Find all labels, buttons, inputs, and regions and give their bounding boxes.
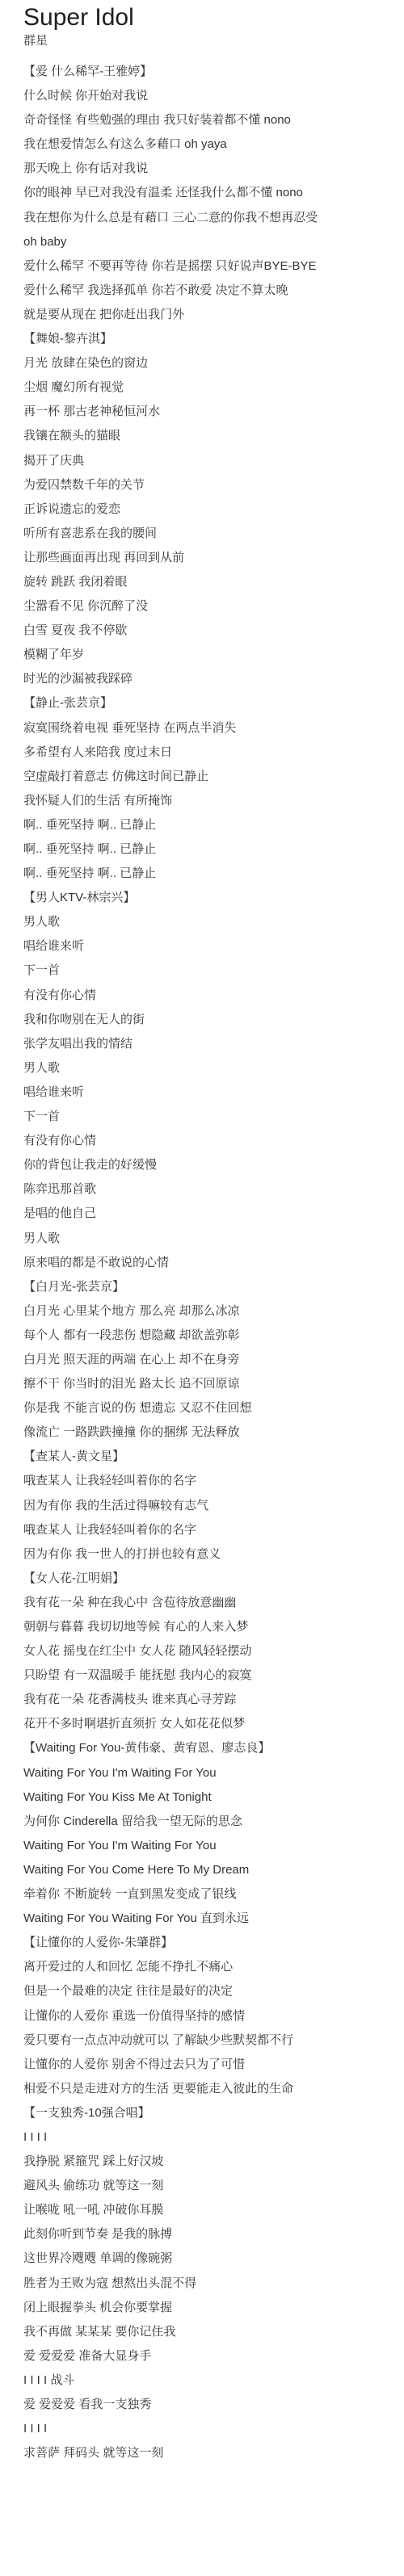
lyric-line: 白月光 照天涯的两端 在心上 却不在身旁 bbox=[23, 1348, 404, 1372]
lyric-line: 这世界冷飕飕 单调的像碗粥 bbox=[23, 2247, 404, 2271]
lyric-line: Waiting For You Kiss Me At Tonight bbox=[23, 1785, 404, 1810]
lyric-line: 正诉说遗忘的爱恋 bbox=[23, 497, 404, 522]
lyric-line: 男人歌 bbox=[23, 1056, 404, 1080]
lyric-line: 哦查某人 让我轻轻叫着你的名字 bbox=[23, 1518, 404, 1542]
lyric-line: 奇奇怪怪 有些勉强的理由 我只好装着都不懂 nono bbox=[23, 108, 404, 132]
lyric-line: 啊.. 垂死坚持 啊.. 已静止 bbox=[23, 837, 404, 862]
lyric-line: I I I I bbox=[23, 2417, 404, 2441]
lyric-line: 相爱不只是走进对方的生活 更要能走入彼此的生命 bbox=[23, 2077, 404, 2101]
lyric-line: 让那些画面再出现 再回到从前 bbox=[23, 546, 404, 570]
lyric-line: 女人花 摇曳在红尘中 女人花 随风轻轻摆动 bbox=[23, 1639, 404, 1663]
lyric-line: Waiting For You Waiting For You 直到永远 bbox=[23, 1907, 404, 1931]
lyric-line: 我怀疑人们的生活 有所掩饰 bbox=[23, 789, 404, 813]
lyric-line: 空虚敲打着意志 仿佛这时间已静止 bbox=[23, 765, 404, 789]
lyric-line: 但是一个最难的决定 往往是最好的决定 bbox=[23, 1979, 404, 2003]
lyric-line: 我在想爱情怎么有这么多藉口 oh yaya bbox=[23, 132, 404, 157]
lyric-line: 哦查某人 让我轻轻叫着你的名字 bbox=[23, 1469, 404, 1493]
lyric-line: 什么时候 你开始对我说 bbox=[23, 84, 404, 108]
lyric-line: 男人歌 bbox=[23, 1227, 404, 1251]
lyric-line: 听所有喜悲系在我的腰间 bbox=[23, 522, 404, 546]
song-title: Super Idol bbox=[23, 2, 404, 32]
lyric-line: 就是要从现在 把你赶出我门外 bbox=[23, 303, 404, 327]
lyric-line: 你的背包让我走的好缓慢 bbox=[23, 1153, 404, 1177]
lyric-line: 我有花一朵 种在我心中 含苞待放意幽幽 bbox=[23, 1591, 404, 1615]
lyric-line: 啊.. 垂死坚持 啊.. 已静止 bbox=[23, 862, 404, 886]
song-section-header: 【查某人-黄文星】 bbox=[23, 1445, 404, 1469]
lyric-line: 闭上眼握拳头 机会你要掌握 bbox=[23, 2296, 404, 2320]
song-section-header: 【一支独秀-10强合唱】 bbox=[23, 2101, 404, 2125]
lyrics-page: Super Idol 群星 【爱 什么稀罕-王雅婷】什么时候 你开始对我说奇奇怪… bbox=[0, 0, 404, 2465]
lyric-line: 爱只要有一点点冲动就可以 了解缺少些默契都不行 bbox=[23, 2028, 404, 2053]
lyric-line: 我镶在额头的猫眼 bbox=[23, 424, 404, 448]
lyric-line: 求菩萨 拜码头 就等这一刻 bbox=[23, 2441, 404, 2465]
lyric-line: Waiting For You I'm Waiting For You bbox=[23, 1761, 404, 1785]
lyric-line: 我在想你为什么总是有藉口 三心二意的你我不想再忍受 bbox=[23, 206, 404, 230]
lyric-line: 离开爱过的人和回忆 怎能不挣扎不痛心 bbox=[23, 1955, 404, 1979]
lyric-line: 你是我 不能言说的伤 想遗忘 又忍不住回想 bbox=[23, 1396, 404, 1420]
lyric-line: 寂寞围绕着电视 垂死坚持 在两点半消失 bbox=[23, 716, 404, 740]
lyric-line: 爱什么稀罕 不要再等待 你若是摇摆 只好说声BYE-BYE bbox=[23, 254, 404, 279]
lyric-line: 为何你 Cinderella 留给我一望无际的思念 bbox=[23, 1810, 404, 1834]
lyric-line: 擦不干 你当时的泪光 路太长 追不回原谅 bbox=[23, 1372, 404, 1396]
lyric-line: 朝朝与暮暮 我切切地等候 有心的人来入梦 bbox=[23, 1615, 404, 1639]
lyric-line: 旋转 跳跃 我闭着眼 bbox=[23, 570, 404, 594]
lyric-line: Waiting For You I'm Waiting For You bbox=[23, 1834, 404, 1858]
lyric-line: I I I I 战斗 bbox=[23, 2368, 404, 2393]
lyric-line: 揭开了庆典 bbox=[23, 449, 404, 473]
lyric-line: 有没有你心情 bbox=[23, 984, 404, 1008]
lyric-line: 男人歌 bbox=[23, 910, 404, 934]
lyric-line: 张学友唱出我的情结 bbox=[23, 1032, 404, 1056]
song-section-header: 【Waiting For You-黄伟豪、黄宥恩、廖志良】 bbox=[23, 1736, 404, 1760]
lyric-line: 每个人 都有一段悲伤 想隐藏 却欲盖弥彰 bbox=[23, 1324, 404, 1348]
lyric-line: 唱给谁来听 bbox=[23, 934, 404, 959]
song-section-header: 【舞娘-黎卉淇】 bbox=[23, 327, 404, 351]
lyric-line: 白月光 心里某个地方 那么亮 却那么冰凉 bbox=[23, 1299, 404, 1324]
lyric-line: Waiting For You Come Here To My Dream bbox=[23, 1858, 404, 1882]
lyric-line: 爱什么稀罕 我选择孤单 你若不敢爱 决定不算太晚 bbox=[23, 279, 404, 303]
lyric-line: 牵着你 不断旋转 一直到黑发变成了银线 bbox=[23, 1882, 404, 1907]
lyric-line: 是唱的他自己 bbox=[23, 1202, 404, 1226]
lyric-line: I I I I bbox=[23, 2125, 404, 2150]
lyric-line: 多希望有人来陪我 度过末日 bbox=[23, 740, 404, 765]
lyric-line: 此刻你听到节奏 是我的脉搏 bbox=[23, 2222, 404, 2247]
lyric-line: 有没有你心情 bbox=[23, 1129, 404, 1153]
lyric-line: 我有花一朵 花香满枝头 谁来真心寻芳踪 bbox=[23, 1688, 404, 1712]
lyric-line: 尘烟 魔幻所有视觉 bbox=[23, 375, 404, 400]
lyric-line: 避风头 偷练功 就等这一刻 bbox=[23, 2174, 404, 2198]
lyric-line: 那天晚上 你有话对我说 bbox=[23, 157, 404, 181]
lyric-line: 模糊了年岁 bbox=[23, 643, 404, 667]
song-section-header: 【静止-张芸京】 bbox=[23, 691, 404, 715]
song-section-header: 【爱 什么稀罕-王雅婷】 bbox=[23, 60, 404, 84]
lyric-line: 我挣脱 紧箍咒 踩上好汉坡 bbox=[23, 2150, 404, 2174]
lyric-line: 下一首 bbox=[23, 1105, 404, 1129]
lyric-line: 白雪 夏夜 我不停歇 bbox=[23, 619, 404, 643]
lyric-line: 下一首 bbox=[23, 959, 404, 983]
lyric-line: 时光的沙漏被我踩碎 bbox=[23, 667, 404, 691]
lyrics: 【爱 什么稀罕-王雅婷】什么时候 你开始对我说奇奇怪怪 有些勉强的理由 我只好装… bbox=[23, 60, 404, 2465]
lyric-line: 原来唱的都是不敢说的心情 bbox=[23, 1251, 404, 1275]
song-section-header: 【女人花-江明娟】 bbox=[23, 1567, 404, 1591]
lyric-line: 爱 爱爱爱 准备大显身手 bbox=[23, 2344, 404, 2368]
song-section-header: 【让懂你的人爱你-朱肇群】 bbox=[23, 1931, 404, 1955]
lyric-line: 像流亡 一路跌跌撞撞 你的捆绑 无法释放 bbox=[23, 1420, 404, 1445]
lyric-line: 你的眼神 早已对我没有温柔 还怪我什么都不懂 nono bbox=[23, 181, 404, 205]
lyric-line: 月光 放肆在染色的窗边 bbox=[23, 351, 404, 375]
lyric-line: 让懂你的人爱你 重选一份值得坚持的感情 bbox=[23, 2004, 404, 2028]
lyric-line: 让懂你的人爱你 别舍不得过去只为了可惜 bbox=[23, 2053, 404, 2077]
lyric-line: 陈弈迅那首歌 bbox=[23, 1177, 404, 1202]
lyric-line: oh baby bbox=[23, 230, 404, 254]
lyric-line: 啊.. 垂死坚持 啊.. 已静止 bbox=[23, 813, 404, 837]
artist-name: 群星 bbox=[23, 32, 404, 49]
lyric-line: 尘嚣看不见 你沉醉了没 bbox=[23, 594, 404, 619]
song-section-header: 【白月光-张芸京】 bbox=[23, 1275, 404, 1299]
lyric-line: 我和你吻别在无人的街 bbox=[23, 1008, 404, 1032]
lyric-line: 因为有你 我的生活过得嘛较有志气 bbox=[23, 1494, 404, 1518]
lyric-line: 爱 爱爱爱 看我一支独秀 bbox=[23, 2393, 404, 2417]
lyric-line: 只盼望 有一双温暖手 能抚慰 我内心的寂寞 bbox=[23, 1663, 404, 1688]
lyric-line: 因为有你 我一世人的打拼也较有意义 bbox=[23, 1542, 404, 1567]
lyric-line: 胜者为王败为寇 想熬出头混不得 bbox=[23, 2272, 404, 2296]
lyric-line: 我不再做 某某某 要你记住我 bbox=[23, 2320, 404, 2344]
lyric-line: 为爱囚禁数千年的关节 bbox=[23, 473, 404, 497]
lyric-line: 唱给谁来听 bbox=[23, 1080, 404, 1105]
lyric-line: 再一杯 那古老神秘恒河水 bbox=[23, 400, 404, 424]
song-section-header: 【男人KTV-林宗兴】 bbox=[23, 886, 404, 910]
lyric-line: 花开不多时啊堪折直须折 女人如花花似梦 bbox=[23, 1712, 404, 1736]
lyric-line: 让喉咙 吼一吼 冲破你耳膜 bbox=[23, 2198, 404, 2222]
